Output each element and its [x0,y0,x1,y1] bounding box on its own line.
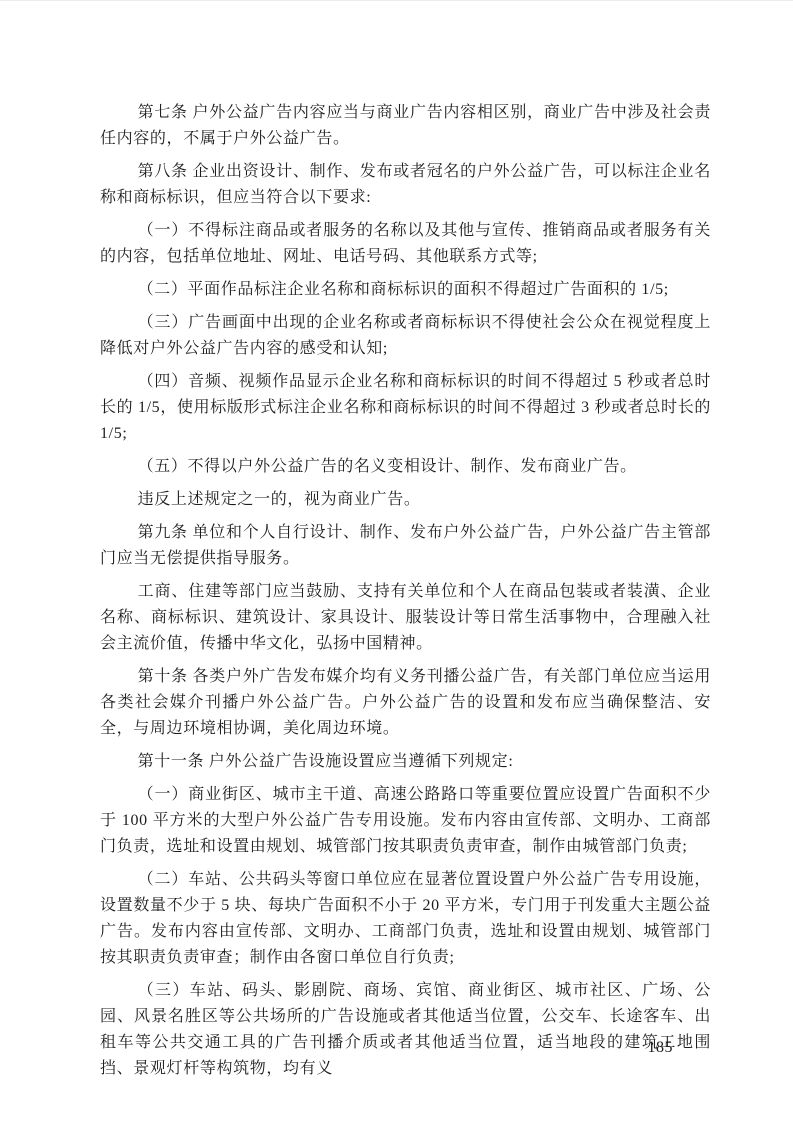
paragraph-article-8-closing: 违反上述规定之一的，视为商业广告。 [100,487,711,513]
paragraph-article-8: 第八条 企业出资设计、制作、发布或者冠名的户外公益广告，可以标注企业名称和商标标… [100,159,711,211]
paragraph-article-11-item-3: （三）车站、码头、影剧院、商场、宾馆、商业街区、城市社区、广场、公园、风景名胜区… [100,978,711,1082]
paragraph-article-8-item-5: （五）不得以户外公益广告的名义变相设计、制作、发布商业广告。 [100,454,711,480]
paragraph-article-9-continued: 工商、住建等部门应当鼓励、支持有关单位和个人在商品包装或者装潢、企业名称、商标标… [100,579,711,657]
paragraph-article-8-item-3: （三）广告画面中出现的企业名称或者商标标识不得使社会公众在视觉程度上降低对户外公… [100,310,711,362]
paragraph-article-8-item-2: （二）平面作品标注企业名称和商标标识的面积不得超过广告面积的 1/5; [100,277,711,303]
paragraph-article-9: 第九条 单位和个人自行设计、制作、发布户外公益广告，户外公益广告主管部门应当无偿… [100,520,711,572]
paragraph-article-7: 第七条 户外公益广告内容应当与商业广告内容相区别，商业广告中涉及社会责任内容的，… [100,100,711,152]
document-page: 第七条 户外公益广告内容应当与商业广告内容相区别，商业广告中涉及社会责任内容的，… [0,0,793,1122]
paragraph-article-11-item-2: （二）车站、公共码头等窗口单位应在显著位置设置户外公益广告专用设施，设置数量不少… [100,867,711,971]
paragraph-article-10: 第十条 各类户外广告发布媒介均有义务刊播公益广告，有关部门单位应当运用各类社会媒… [100,664,711,742]
paragraph-article-11-item-1: （一）商业街区、城市主干道、高速公路路口等重要位置应设置广告面积不少于 100 … [100,782,711,860]
paragraph-article-11: 第十一条 户外公益广告设施设置应当遵循下列规定: [100,749,711,775]
paragraph-article-8-item-1: （一）不得标注商品或者服务的名称以及其他与宣传、推销商品或者服务有关的内容，包括… [100,218,711,270]
page-number: 185 [648,1039,674,1057]
document-body: 第七条 户外公益广告内容应当与商业广告内容相区别，商业广告中涉及社会责任内容的，… [100,100,711,1089]
paragraph-article-8-item-4: （四）音频、视频作品显示企业名称和商标标识的时间不得超过 5 秒或者总时长的 1… [100,369,711,447]
